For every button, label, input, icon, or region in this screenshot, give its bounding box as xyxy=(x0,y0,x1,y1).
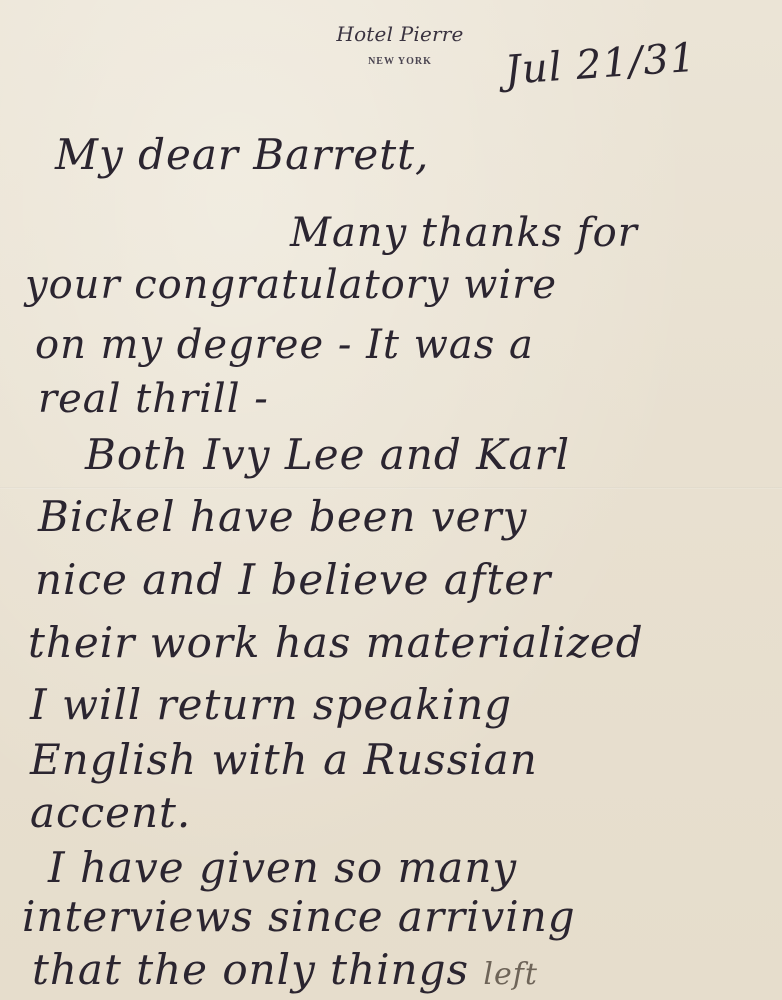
letter-line: Both Ivy Lee and Karl xyxy=(85,430,570,479)
salutation: My dear Barrett, xyxy=(55,130,429,179)
letter-line: Bickel have been very xyxy=(38,492,527,541)
letter-line: I will return speaking xyxy=(30,680,512,729)
letterhead: Hotel Pierre NEW YORK xyxy=(300,22,500,67)
letter-line: nice and I believe after xyxy=(35,555,551,604)
letter-line: that the only things left xyxy=(32,945,538,994)
letter-line: accent. xyxy=(30,788,191,837)
letter-line-text: that the only things xyxy=(32,945,483,994)
letter-line: English with a Russian xyxy=(30,735,538,784)
letter-line: I have given so many xyxy=(48,843,517,892)
faint-word: left xyxy=(483,957,538,992)
paper-fold-line xyxy=(0,487,782,489)
hotel-name: Hotel Pierre xyxy=(300,22,500,46)
letter-line: your congratulatory wire xyxy=(25,262,557,308)
letter-line: their work has materialized xyxy=(28,618,644,667)
letter-line: Many thanks for xyxy=(290,210,638,256)
hotel-city: NEW YORK xyxy=(300,56,500,67)
letter-line: real thrill - xyxy=(38,376,269,422)
letter-line: on my degree - It was a xyxy=(35,322,534,368)
letter-line: interviews since arriving xyxy=(22,892,576,941)
